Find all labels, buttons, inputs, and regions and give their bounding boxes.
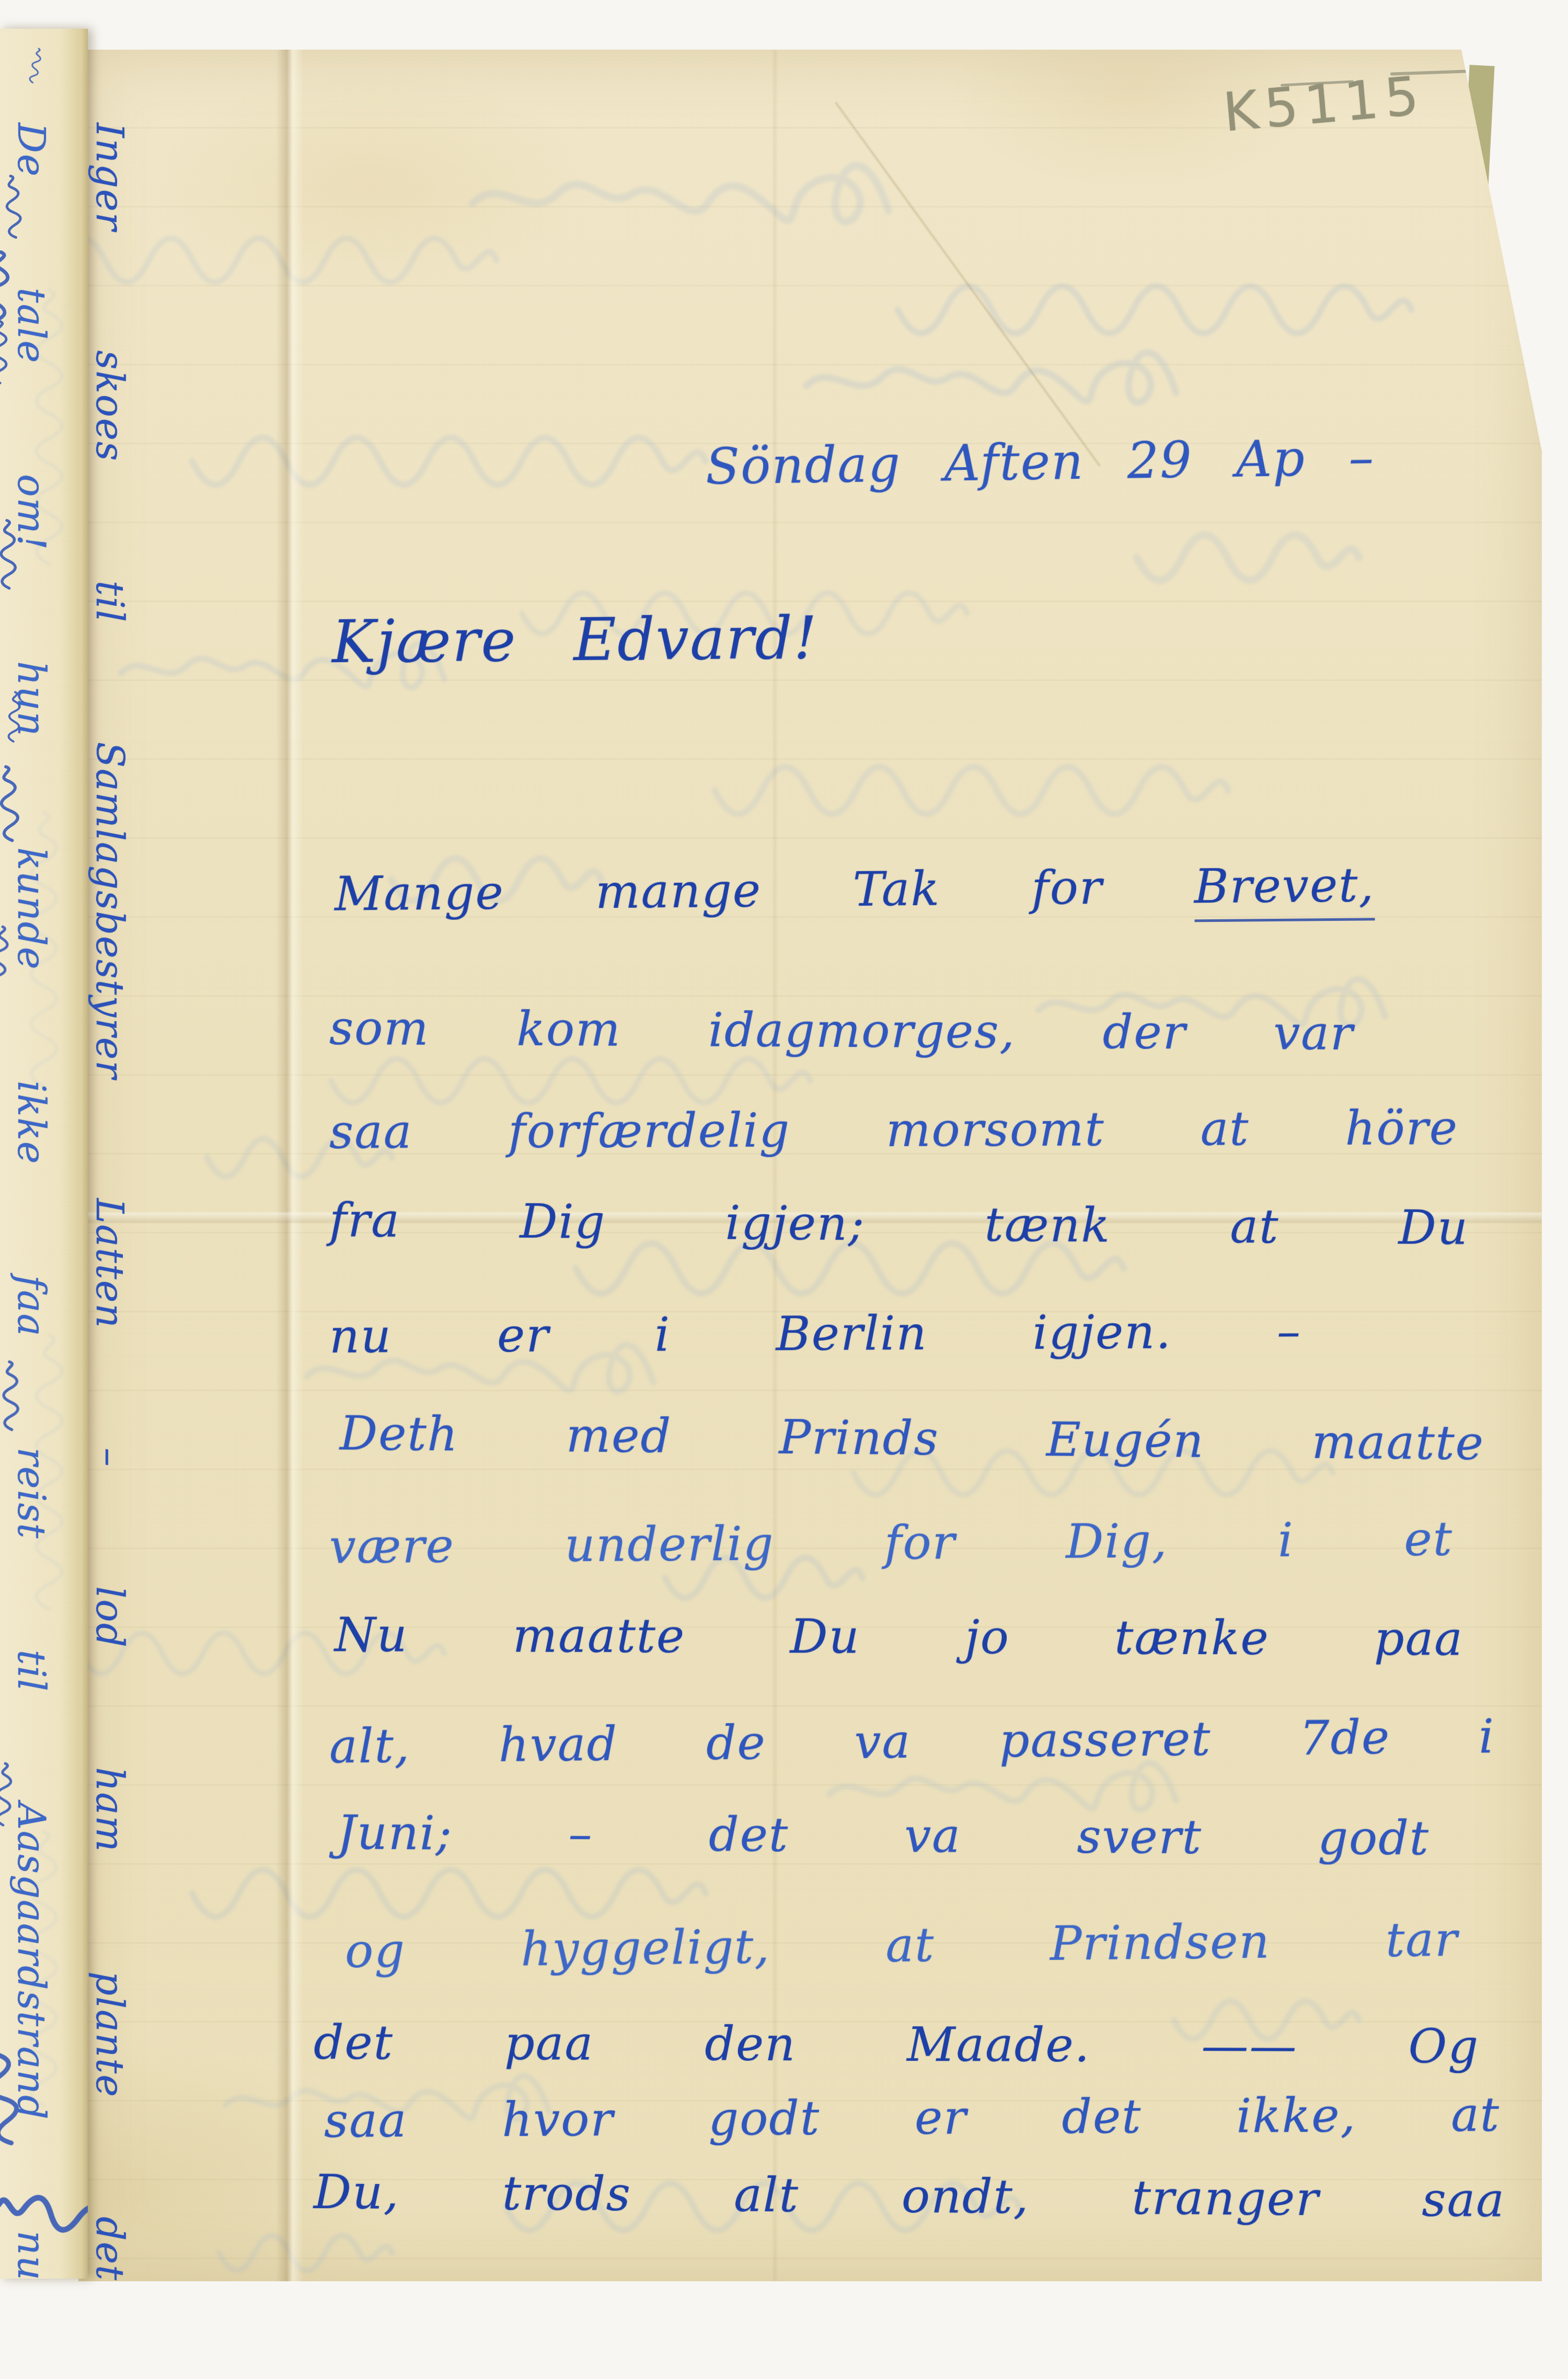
letter-line-7: være underlig for Dig, i et bbox=[329, 1511, 1454, 1574]
margin-line-2: De tale om! hun kunde ikke faa reist til… bbox=[0, 123, 71, 2281]
letter-line-3: saa forfærdelig morsomt at höre bbox=[329, 1101, 1458, 1160]
greeting: Kjære Edvard! bbox=[331, 604, 818, 676]
letter-line-2: som kom idagmorges, der var bbox=[329, 1001, 1354, 1061]
letter-line-1: Mange mange Tak for Brevet, bbox=[335, 858, 1375, 921]
date-line: Söndag Aften 29 Ap – bbox=[705, 429, 1375, 496]
scanned-letter: K5115 Söndag Aften 29 Ap – Kjære Edvard!… bbox=[0, 0, 1568, 2379]
letter-line-14: Du, trods alt ondt, tranger saa bbox=[314, 2165, 1506, 2228]
letter-line-11: og hyggeligt, at Prindsen tar bbox=[345, 1912, 1459, 1979]
letter-page: K5115 Söndag Aften 29 Ap – Kjære Edvard!… bbox=[78, 50, 1542, 2281]
catalog-number: K5115 bbox=[1221, 64, 1427, 144]
letter-line-13: saa hvor godt er det ikke, at bbox=[324, 2087, 1501, 2149]
vertical-fold-crease bbox=[276, 50, 303, 2281]
diagonal-crease bbox=[835, 102, 1101, 467]
letter-line-12: det paa den Maade. —— Og bbox=[314, 2015, 1479, 2074]
letter-line-4: fra Dig igjen; tænk at Du bbox=[329, 1193, 1469, 1255]
line-text: Mange mange Tak for bbox=[335, 859, 1195, 921]
margin-line-1: Inger skoes til Samlagsbestyrer Latten –… bbox=[71, 123, 149, 2281]
letter-line-5: nu er i Berlin igjen. – bbox=[329, 1304, 1302, 1364]
letter-line-9: alt, hvad de va passeret 7de i bbox=[329, 1709, 1495, 1774]
letter-line-8: Nu maatte Du jo tænke paa bbox=[335, 1608, 1463, 1667]
letter-line-6: Deth med Prinds Eugén maatte bbox=[340, 1406, 1485, 1471]
letter-line-10: Juni; – det va svert godt bbox=[337, 1806, 1430, 1866]
underlined-word: Brevet, bbox=[1194, 858, 1375, 922]
margin-note: Inger skoes til Samlagsbestyrer Latten –… bbox=[0, 123, 149, 2281]
